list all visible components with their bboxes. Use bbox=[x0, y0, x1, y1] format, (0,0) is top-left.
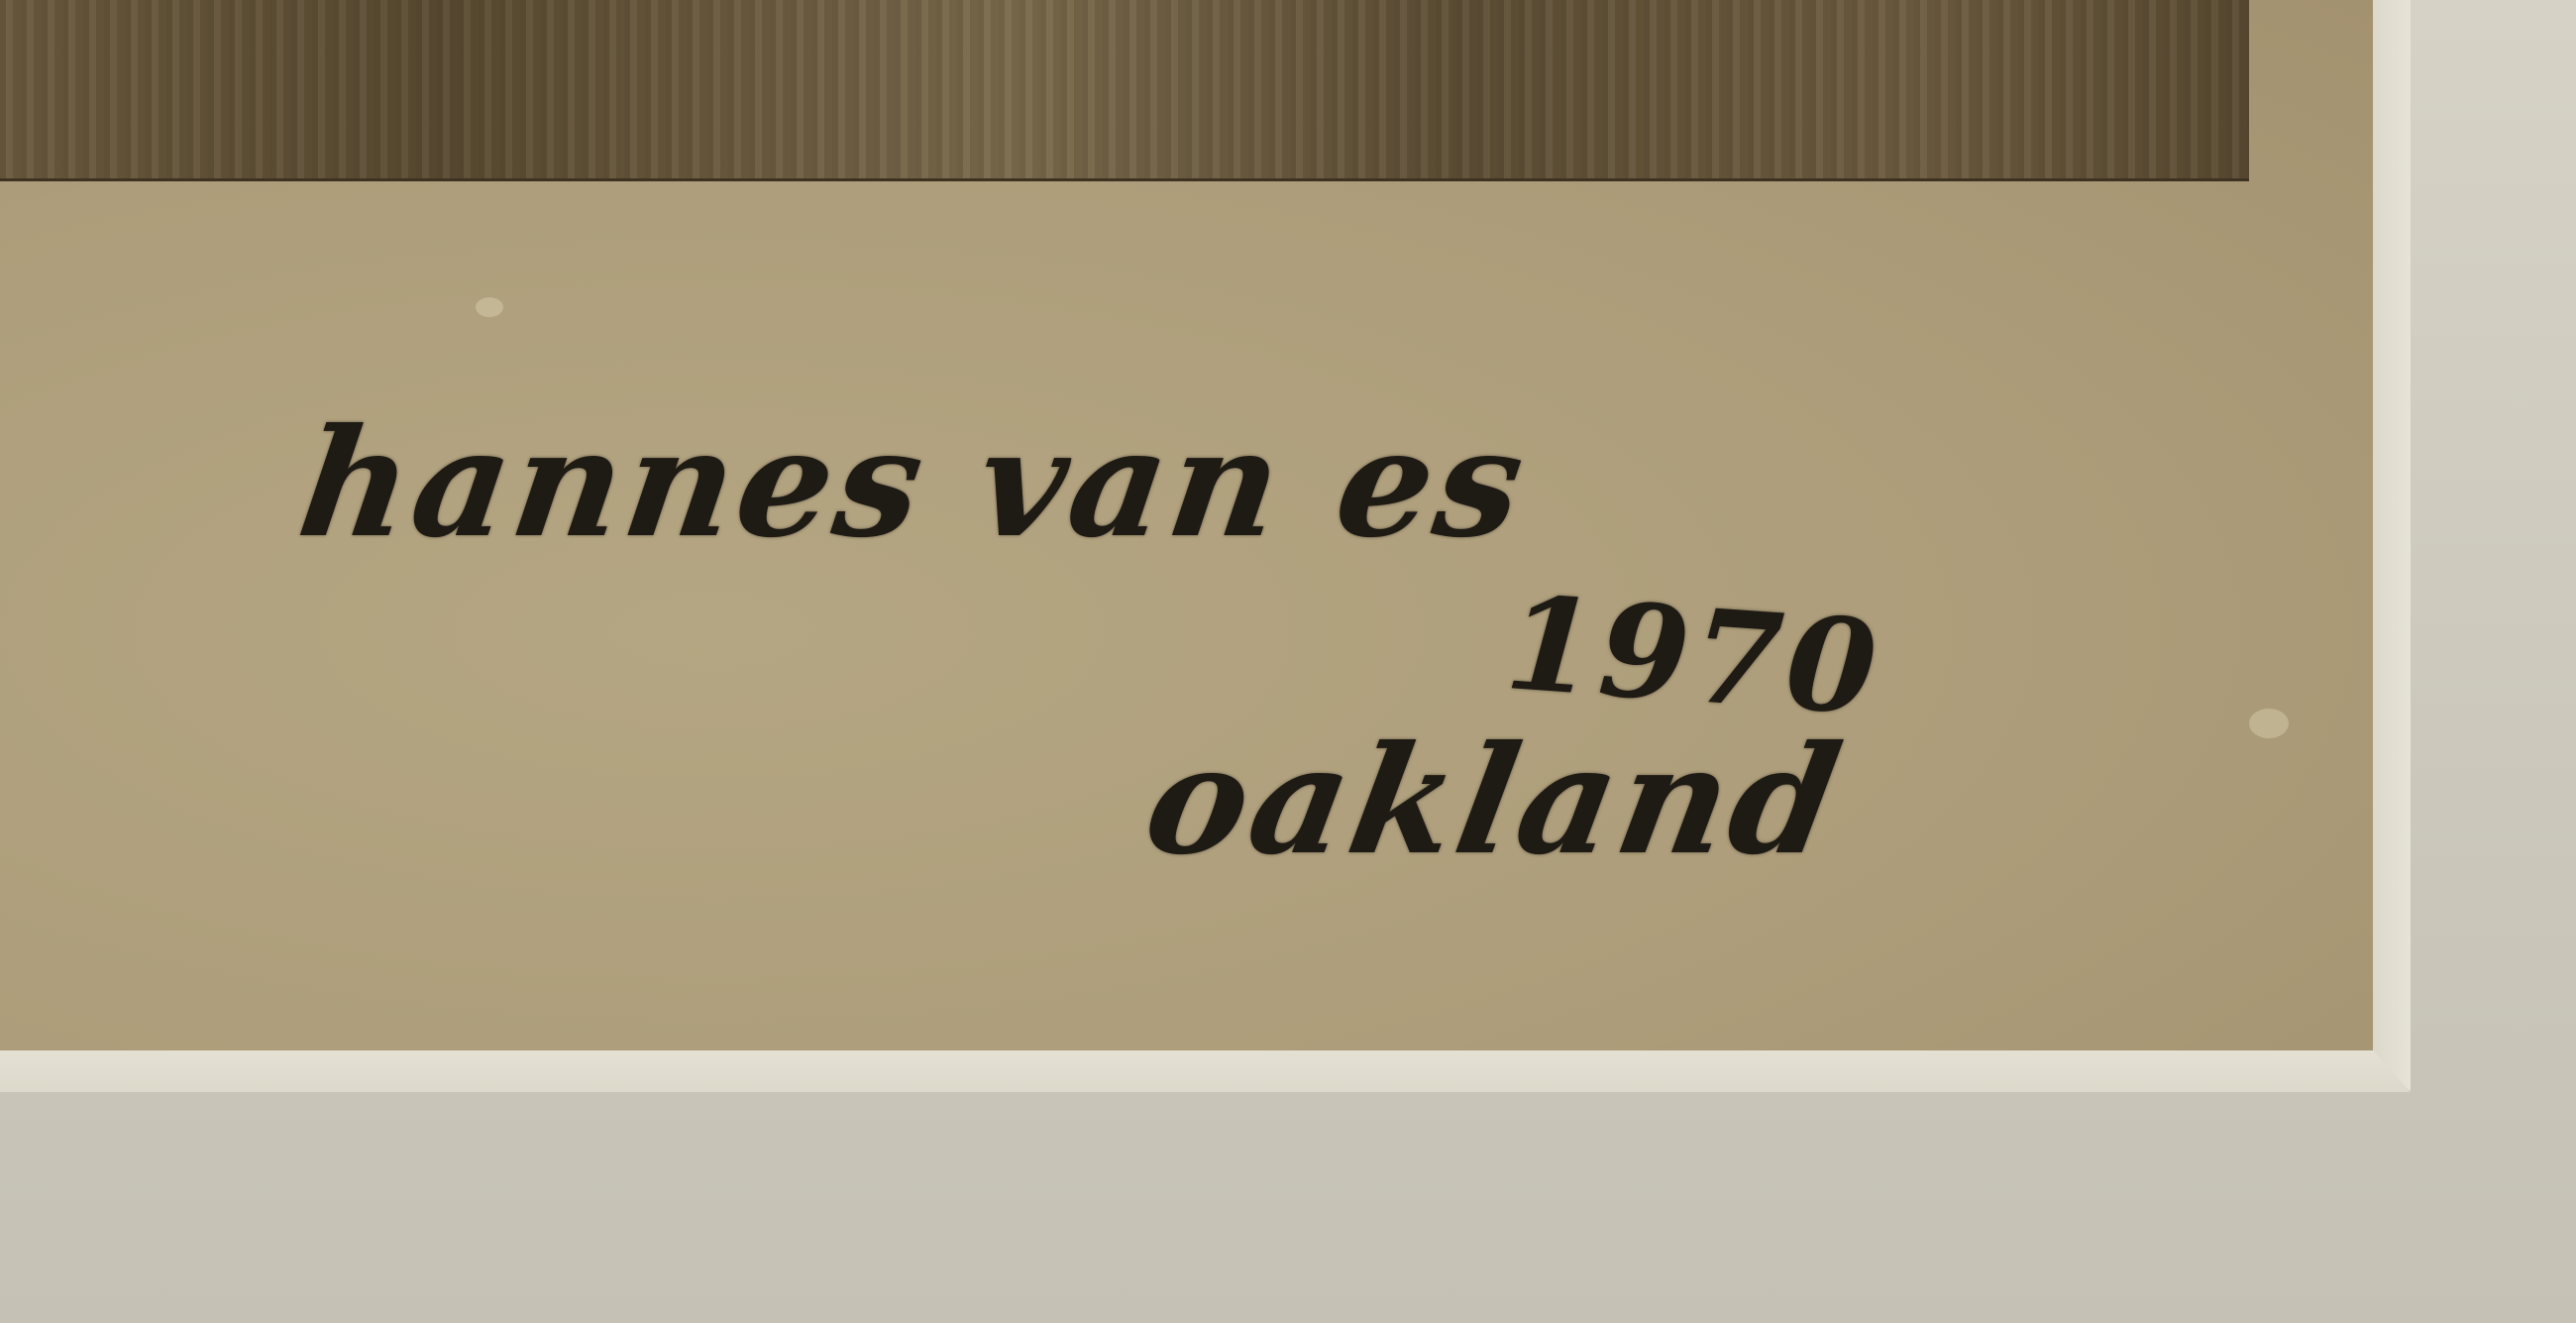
artwork-paper: hannes van es 1970 oakland bbox=[0, 0, 2373, 1050]
paper-stain bbox=[476, 297, 503, 317]
paper-stain bbox=[2249, 709, 2289, 738]
signature-place: oakland bbox=[1133, 714, 1855, 888]
printed-image-area bbox=[0, 0, 2249, 181]
mat-bevel-right bbox=[2373, 0, 2411, 1090]
mat-bevel-bottom bbox=[0, 1050, 2411, 1092]
signature-name: hannes van es bbox=[290, 396, 1538, 571]
